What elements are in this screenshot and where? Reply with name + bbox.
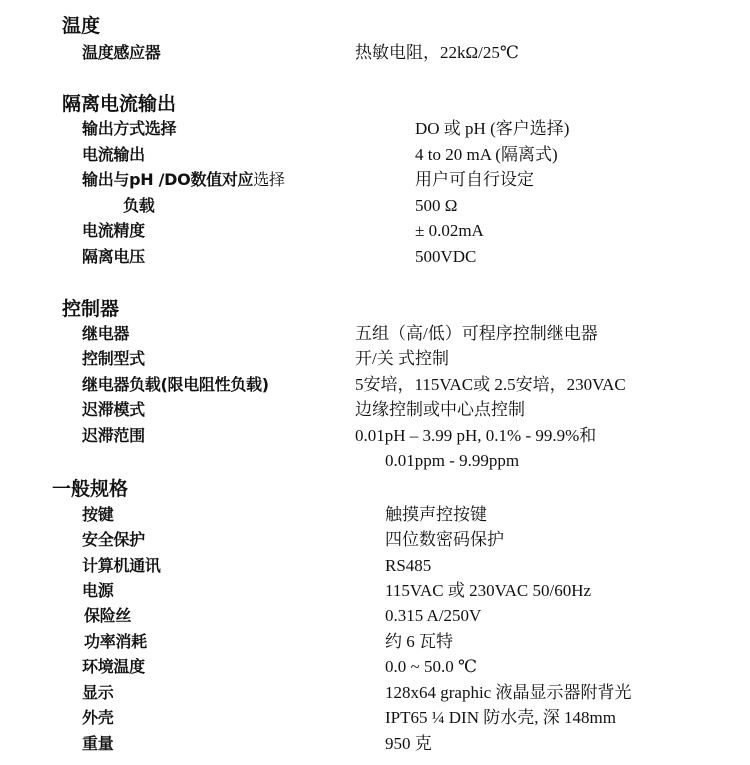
spec-label-current-output: 电流输出 [82, 144, 145, 166]
spec-label-relay: 继电器 [82, 323, 129, 345]
spec-value-power-consumption: 约 6 瓦特 [385, 631, 453, 653]
spec-label-communication: 计算机通讯 [82, 555, 161, 577]
spec-value-fuse: 0.315 A/250V [385, 605, 481, 627]
spec-label-enclosure: 外壳 [82, 707, 113, 729]
spec-label-hysteresis-range: 迟滞范围 [82, 425, 145, 447]
spec-label-ambient-temp: 环境温度 [82, 656, 145, 678]
spec-value-output-mapping: 用户可自行设定 [415, 169, 534, 191]
spec-value-power-supply: 115VAC 或 230VAC 50/60Hz [385, 580, 591, 602]
spec-value-relay: 五组（高/低）可程序控制继电器 [355, 323, 598, 345]
spec-label-power-supply: 电源 [82, 580, 113, 602]
spec-label-power-consumption: 功率消耗 [84, 631, 147, 653]
spec-label-relay-load: 继电器负载(限电阻性负载) [82, 374, 269, 396]
section-title-general: 一般规格 [52, 477, 128, 501]
spec-value-load: 500 Ω [415, 195, 457, 217]
spec-value-communication: RS485 [385, 555, 431, 577]
spec-value-current-accuracy: ± 0.02mA [415, 220, 484, 242]
spec-value-output-mode: DO 或 pH (客户选择) [415, 118, 569, 140]
spec-label-control-type: 控制型式 [82, 348, 145, 370]
spec-label-isolation-voltage: 隔离电压 [82, 246, 145, 268]
section-title-controller: 控制器 [62, 297, 119, 321]
spec-value-relay-load: 5安培，115VAC或 2.5安培，230VAC [355, 374, 626, 396]
spec-value-hysteresis-mode: 边缘控制或中心点控制 [355, 399, 525, 421]
spec-value-ambient-temp: 0.0 ~ 50.0 ℃ [385, 656, 477, 678]
spec-value-control-type: 开/关 式控制 [355, 348, 449, 370]
spec-label-temp-sensor: 温度感应器 [82, 42, 161, 64]
spec-value-isolation-voltage: 500VDC [415, 246, 476, 268]
spec-value-keys: 触摸声控按键 [385, 504, 487, 526]
spec-value-temp-sensor: 热敏电阻，22kΩ/25℃ [355, 42, 519, 64]
spec-label-output-mapping-suffix: 选择 [253, 170, 284, 189]
spec-label-fuse: 保险丝 [84, 605, 131, 627]
spec-value-enclosure: IPT65 ¼ DIN 防水壳, 深 148mm [385, 707, 616, 729]
spec-value-hysteresis-range-line2: 0.01ppm - 9.99ppm [385, 450, 519, 472]
spec-label-weight: 重量 [82, 733, 113, 755]
spec-value-current-output: 4 to 20 mA (隔离式) [415, 144, 558, 166]
spec-label-output-mapping: 输出与pH /DO数值对应选择 [82, 169, 285, 191]
spec-value-hysteresis-range: 0.01pH – 3.99 pH, 0.1% - 99.9%和 [355, 425, 596, 447]
spec-label-hysteresis-mode: 迟滞模式 [82, 399, 145, 421]
spec-label-keys: 按键 [82, 504, 113, 526]
spec-label-current-accuracy: 电流精度 [82, 220, 145, 242]
spec-label-output-mapping-main: 输出与pH /DO数值对应 [82, 170, 253, 189]
section-title-isolated-output: 隔离电流输出 [62, 92, 176, 116]
spec-value-security: 四位数密码保护 [385, 529, 504, 551]
section-title-temperature: 温度 [62, 14, 100, 38]
spec-value-display: 128x64 graphic 液晶显示器附背光 [385, 682, 631, 704]
spec-label-display: 显示 [82, 682, 113, 704]
spec-label-load: 负载 [123, 195, 154, 217]
spec-label-security: 安全保护 [82, 529, 145, 551]
spec-value-weight: 950 克 [385, 733, 432, 755]
spec-label-output-mode: 输出方式选择 [82, 118, 176, 140]
